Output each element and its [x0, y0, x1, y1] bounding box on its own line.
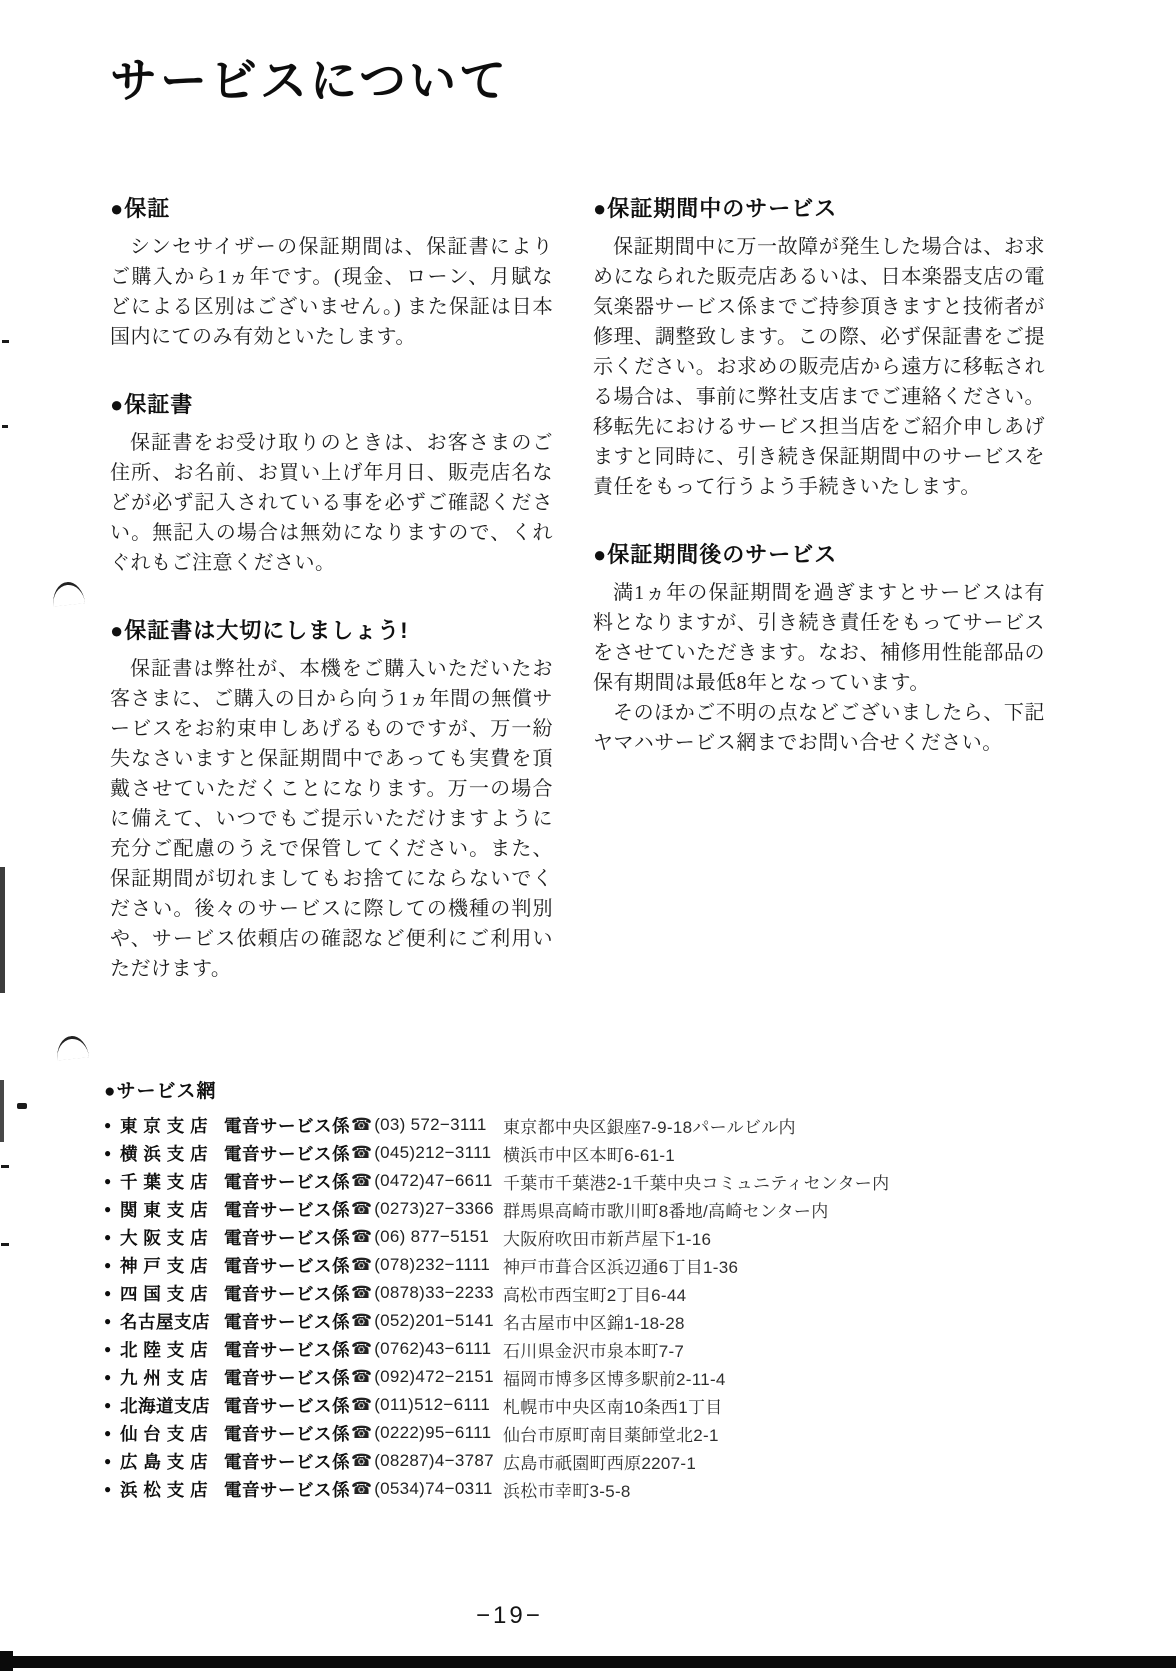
branch-department: 電音サービス係 [224, 1449, 351, 1474]
phone-number: (0472)47−6611 [374, 1171, 492, 1191]
service-branch-row: ● 関 東 支 店 電音サービス係 ☎ (0273)27−3366 群馬県高崎市… [104, 1195, 1124, 1223]
branch-address: 神戸市葺合区浜辺通6丁目1-36 [503, 1253, 1124, 1278]
branch-phone: ☎ (06) 877−5151 [351, 1227, 503, 1247]
section-paragraph: 満1ヵ年の保証期間を過ぎますとサービスは有料となりますが、引き続き責任をもってサ… [593, 578, 1045, 698]
branch-name: 九 州 支 店 [120, 1365, 224, 1390]
page-number: −19− [476, 1602, 543, 1630]
section-paragraph: 保証書は弊社が、本機をご購入いただいたお客さまに、ご購入の日から向う1ヵ年間の無… [110, 654, 553, 984]
phone-icon: ☎ [351, 1367, 372, 1387]
section-paragraph: そのほかご不明の点などございましたら、下記ヤマハサービス網までお問い合せください… [593, 698, 1045, 758]
branch-phone: ☎ (03) 572−3111 [351, 1115, 503, 1135]
phone-number: (052)201−5141 [374, 1311, 494, 1331]
bottom-rule [0, 1656, 1176, 1668]
manual-page: サービスについて ●保証 シンセサイザーの保証期間は、保証書によりご購入から1ヵ… [0, 0, 1176, 1676]
branch-department: 電音サービス係 [224, 1113, 351, 1138]
branch-name: 横 浜 支 店 [120, 1141, 224, 1166]
bullet-icon: ● [104, 1119, 120, 1131]
service-network-heading: ●サービス網 [104, 1076, 1124, 1103]
branch-address: 石川県金沢市泉本町7-7 [503, 1337, 1124, 1362]
scan-artifact-curve [55, 1034, 89, 1060]
phone-number: (0273)27−3366 [374, 1199, 494, 1219]
branch-name: 東 京 支 店 [120, 1113, 224, 1138]
bullet-icon: ● [104, 1175, 120, 1187]
branch-name: 浜 松 支 店 [120, 1477, 224, 1502]
phone-number: (0878)33−2233 [374, 1283, 494, 1303]
branch-address: 札幌市中央区南10条西1丁目 [503, 1393, 1124, 1418]
service-branch-row: ● 北 陸 支 店 電音サービス係 ☎ (0762)43−6111 石川県金沢市… [104, 1335, 1124, 1363]
section-keep-warranty-card: ●保証書は大切にしましょう! 保証書は弊社が、本機をご購入いただいたお客さまに、… [110, 614, 553, 984]
bullet-icon: ● [104, 1287, 120, 1299]
phone-number: (03) 572−3111 [374, 1115, 486, 1135]
branch-address: 浜松市幸町3-5-8 [503, 1477, 1124, 1502]
phone-icon: ☎ [351, 1339, 372, 1359]
service-branch-row: ● 四 国 支 店 電音サービス係 ☎ (0878)33−2233 高松市西宝町… [104, 1279, 1124, 1307]
branch-phone: ☎ (0222)95−6111 [351, 1423, 503, 1443]
branch-address: 大阪府吹田市新芦屋下1-16 [503, 1225, 1124, 1250]
phone-icon: ☎ [351, 1255, 372, 1275]
service-branch-row: ● 浜 松 支 店 電音サービス係 ☎ (0534)74−0311 浜松市幸町3… [104, 1475, 1124, 1503]
bullet-icon: ● [104, 1231, 120, 1243]
scan-artifact-dash [2, 340, 9, 343]
bullet-icon: ● [104, 1147, 120, 1159]
branch-phone: ☎ (011)512−6111 [351, 1395, 503, 1415]
branch-phone: ☎ (08287)4−3787 [351, 1451, 503, 1471]
phone-icon: ☎ [351, 1451, 372, 1471]
branch-phone: ☎ (092)472−2151 [351, 1367, 503, 1387]
branch-department: 電音サービス係 [224, 1253, 351, 1278]
bullet-icon: ● [104, 1371, 120, 1383]
branch-department: 電音サービス係 [224, 1141, 351, 1166]
branch-phone: ☎ (045)212−3111 [351, 1143, 503, 1163]
branch-department: 電音サービス係 [224, 1365, 351, 1390]
section-paragraph: 保証書をお受け取りのときは、お客さまのご住所、お名前、お買い上げ年月日、販売店名… [110, 428, 553, 578]
branch-address: 福岡市博多区博多駅前2-11-4 [503, 1365, 1124, 1390]
branch-name: 広 島 支 店 [120, 1449, 224, 1474]
phone-icon: ☎ [351, 1479, 372, 1499]
service-branch-row: ● 広 島 支 店 電音サービス係 ☎ (08287)4−3787 広島市祇園町… [104, 1447, 1124, 1475]
phone-icon: ☎ [351, 1311, 372, 1331]
section-paragraph: 保証期間中に万一故障が発生した場合は、お求めになられた販売店あるいは、日本楽器支… [593, 232, 1045, 502]
branch-name: 神 戸 支 店 [120, 1253, 224, 1278]
phone-icon: ☎ [351, 1199, 372, 1219]
branch-phone: ☎ (0762)43−6111 [351, 1339, 503, 1359]
phone-number: (0762)43−6111 [374, 1339, 491, 1359]
branch-department: 電音サービス係 [224, 1225, 351, 1250]
branch-name: 北 陸 支 店 [120, 1337, 224, 1362]
section-service-after-warranty: ●保証期間後のサービス 満1ヵ年の保証期間を過ぎますとサービスは有料となりますが… [593, 538, 1045, 758]
branch-department: 電音サービス係 [224, 1309, 351, 1334]
branch-address: 高松市西宝町2丁目6-44 [503, 1281, 1124, 1306]
phone-icon: ☎ [351, 1423, 372, 1443]
branch-address: 東京都中央区銀座7-9-18パールビル内 [503, 1113, 1124, 1138]
phone-number: (092)472−2151 [374, 1367, 494, 1387]
phone-number: (08287)4−3787 [374, 1451, 494, 1471]
phone-number: (0222)95−6111 [374, 1423, 491, 1443]
bullet-icon: ● [104, 1259, 120, 1271]
service-branch-row: ● 名古屋支店 電音サービス係 ☎ (052)201−5141 名古屋市中区錦1… [104, 1307, 1124, 1335]
branch-department: 電音サービス係 [224, 1169, 351, 1194]
service-branch-row: ● 神 戸 支 店 電音サービス係 ☎ (078)232−1111 神戸市葺合区… [104, 1251, 1124, 1279]
phone-number: (078)232−1111 [374, 1255, 490, 1275]
scan-artifact-dash [2, 425, 8, 428]
branch-department: 電音サービス係 [224, 1281, 351, 1306]
bottom-rule-notch [0, 1651, 13, 1671]
phone-number: (045)212−3111 [374, 1143, 491, 1163]
phone-icon: ☎ [351, 1115, 372, 1135]
phone-icon: ☎ [351, 1143, 372, 1163]
branch-phone: ☎ (0472)47−6611 [351, 1171, 503, 1191]
branch-address: 横浜市中区本町6-61-1 [503, 1141, 1124, 1166]
phone-number: (06) 877−5151 [374, 1227, 489, 1247]
service-branch-row: ● 仙 台 支 店 電音サービス係 ☎ (0222)95−6111 仙台市原町南… [104, 1419, 1124, 1447]
service-branch-row: ● 千 葉 支 店 電音サービス係 ☎ (0472)47−6611 千葉市千葉港… [104, 1167, 1124, 1195]
left-column: ●保証 シンセサイザーの保証期間は、保証書によりご購入から1ヵ年です。(現金、ロ… [110, 192, 553, 1020]
bullet-icon: ● [104, 1455, 120, 1467]
phone-icon: ☎ [351, 1283, 372, 1303]
branch-address: 仙台市原町南目薬師堂北2-1 [503, 1421, 1124, 1446]
branch-phone: ☎ (0273)27−3366 [351, 1199, 503, 1219]
branch-name: 四 国 支 店 [120, 1281, 224, 1306]
branch-name: 千 葉 支 店 [120, 1169, 224, 1194]
branch-address: 広島市祇園町西原2207-1 [503, 1449, 1124, 1474]
service-branch-row: ● 東 京 支 店 電音サービス係 ☎ (03) 572−3111 東京都中央区… [104, 1111, 1124, 1139]
branch-name: 仙 台 支 店 [120, 1421, 224, 1446]
scan-artifact-streak [0, 867, 5, 993]
scan-artifact-spot [17, 1103, 27, 1109]
branch-department: 電音サービス係 [224, 1393, 351, 1418]
phone-icon: ☎ [351, 1227, 372, 1247]
branch-phone: ☎ (052)201−5141 [351, 1311, 503, 1331]
section-heading: ●保証書 [110, 388, 553, 419]
scan-artifact-dash [1, 1165, 9, 1168]
bullet-icon: ● [104, 1203, 120, 1215]
branch-name: 名古屋支店 [120, 1309, 224, 1334]
branch-phone: ☎ (0534)74−0311 [351, 1479, 503, 1499]
phone-icon: ☎ [351, 1171, 372, 1191]
scan-artifact-streak [0, 1080, 4, 1142]
service-branch-row: ● 北海道支店 電音サービス係 ☎ (011)512−6111 札幌市中央区南1… [104, 1391, 1124, 1419]
right-column: ●保証期間中のサービス 保証期間中に万一故障が発生した場合は、お求めになられた販… [593, 192, 1045, 794]
page-title: サービスについて [110, 44, 509, 111]
branch-name: 大 阪 支 店 [120, 1225, 224, 1250]
section-heading: ●保証書は大切にしましょう! [110, 614, 553, 645]
bullet-icon: ● [104, 1483, 120, 1495]
bullet-icon: ● [104, 1427, 120, 1439]
service-branch-row: ● 九 州 支 店 電音サービス係 ☎ (092)472−2151 福岡市博多区… [104, 1363, 1124, 1391]
section-warranty: ●保証 シンセサイザーの保証期間は、保証書によりご購入から1ヵ年です。(現金、ロ… [110, 192, 553, 352]
section-heading: ●保証期間後のサービス [593, 538, 1045, 569]
section-heading: ●保証 [110, 192, 553, 223]
service-branch-row: ● 横 浜 支 店 電音サービス係 ☎ (045)212−3111 横浜市中区本… [104, 1139, 1124, 1167]
bullet-icon: ● [104, 1315, 120, 1327]
branch-department: 電音サービス係 [224, 1477, 351, 1502]
service-network: ●サービス網 ● 東 京 支 店 電音サービス係 ☎ (03) 572−3111… [104, 1076, 1124, 1503]
scan-artifact-dash [1, 1243, 9, 1246]
phone-number: (011)512−6111 [374, 1395, 490, 1415]
branch-address: 千葉市千葉港2-1千葉中央コミュニティセンター内 [503, 1169, 1124, 1194]
bullet-icon: ● [104, 1399, 120, 1411]
branch-name: 北海道支店 [120, 1393, 224, 1418]
phone-icon: ☎ [351, 1395, 372, 1415]
branch-name: 関 東 支 店 [120, 1197, 224, 1222]
bullet-icon: ● [104, 1343, 120, 1355]
branch-address: 群馬県高崎市歌川町8番地/高崎センター内 [503, 1197, 1124, 1222]
branch-department: 電音サービス係 [224, 1197, 351, 1222]
branch-department: 電音サービス係 [224, 1337, 351, 1362]
branch-address: 名古屋市中区錦1-18-28 [503, 1309, 1124, 1334]
phone-number: (0534)74−0311 [374, 1479, 492, 1499]
service-branch-list: ● 東 京 支 店 電音サービス係 ☎ (03) 572−3111 東京都中央区… [104, 1111, 1124, 1503]
section-heading: ●保証期間中のサービス [593, 192, 1045, 223]
section-service-during-warranty: ●保証期間中のサービス 保証期間中に万一故障が発生した場合は、お求めになられた販… [593, 192, 1045, 502]
section-paragraph: シンセサイザーの保証期間は、保証書によりご購入から1ヵ年です。(現金、ローン、月… [110, 232, 553, 352]
branch-phone: ☎ (078)232−1111 [351, 1255, 503, 1275]
scan-artifact-curve [51, 580, 85, 606]
service-branch-row: ● 大 阪 支 店 電音サービス係 ☎ (06) 877−5151 大阪府吹田市… [104, 1223, 1124, 1251]
branch-department: 電音サービス係 [224, 1421, 351, 1446]
section-warranty-card: ●保証書 保証書をお受け取りのときは、お客さまのご住所、お名前、お買い上げ年月日… [110, 388, 553, 578]
branch-phone: ☎ (0878)33−2233 [351, 1283, 503, 1303]
